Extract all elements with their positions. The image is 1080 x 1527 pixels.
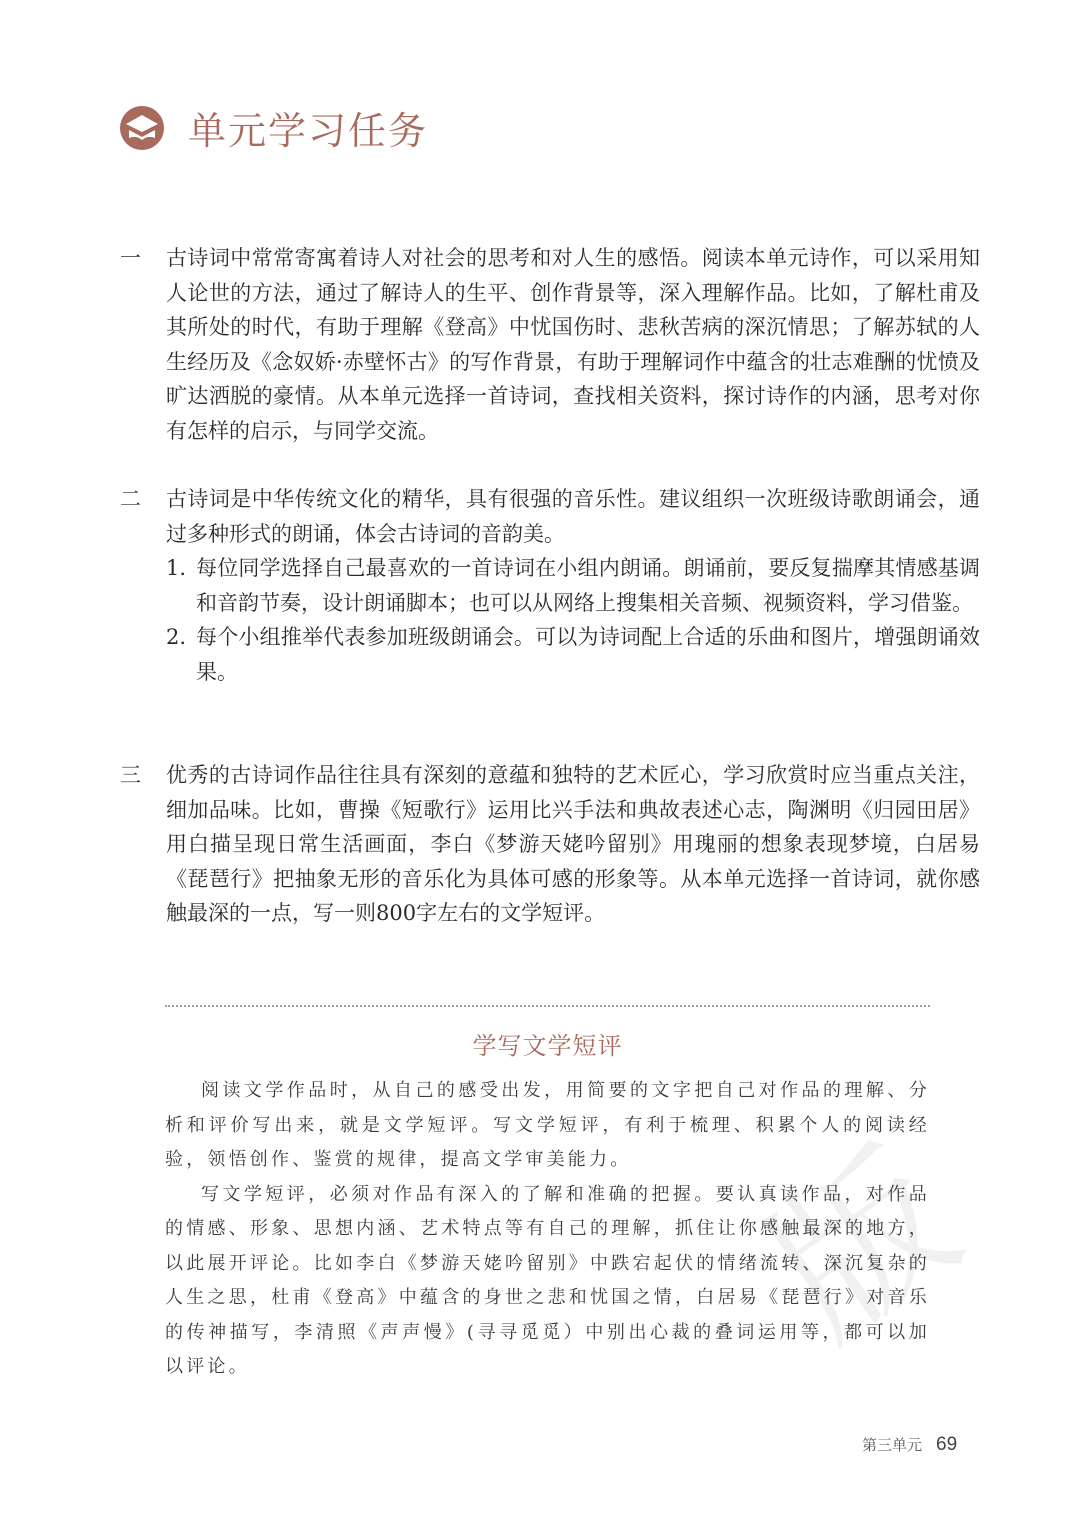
graduation-cap-book-icon: [118, 104, 166, 152]
page-footer: 第三单元 69: [862, 1434, 957, 1456]
task-number: 三: [120, 758, 160, 793]
subtask-number: 2.: [166, 620, 186, 655]
dotted-divider: [165, 1005, 930, 1007]
task-number: 二: [120, 482, 160, 517]
page-title: 单元学习任务: [188, 100, 428, 155]
section-body: 阅读文学作品时，从自己的感受出发，用简要的文字把自己对作品的理解、分析和评价写出…: [165, 1074, 930, 1385]
subtask-item-1: 1. 每位同学选择自己最喜欢的一首诗词在小组内朗诵。朗诵前，要反复揣摩其情感基调…: [166, 551, 980, 620]
subtask-item-2: 2. 每个小组推举代表参加班级朗诵会。可以为诗词配上合适的乐曲和图片，增强朗诵效…: [166, 620, 980, 689]
page-header: 单元学习任务: [118, 100, 428, 155]
section-title: 学写文学短评: [165, 1026, 930, 1061]
task-item-1: 一 古诗词中常常寄寓着诗人对社会的思考和对人生的感悟。阅读本单元诗作，可以采用知…: [120, 241, 980, 448]
task-number: 一: [120, 241, 160, 276]
paragraph: 写文学短评，必须对作品有深入的了解和准确的把握。要认真读作品，对作品的情感、形象…: [165, 1178, 930, 1385]
task-item-3: 三 优秀的古诗词作品往往具有深刻的意蕴和独特的艺术匠心，学习欣赏时应当重点关注，…: [120, 758, 980, 931]
task-text: 优秀的古诗词作品往往具有深刻的意蕴和独特的艺术匠心，学习欣赏时应当重点关注，细加…: [166, 758, 980, 931]
task-item-2: 二 古诗词是中华传统文化的精华，具有很强的音乐性。建议组织一次班级诗歌朗诵会，通…: [120, 482, 980, 689]
unit-label: 第三单元: [862, 1434, 922, 1455]
subtask-text: 每位同学选择自己最喜欢的一首诗词在小组内朗诵。朗诵前，要反复揣摩其情感基调和音韵…: [196, 551, 980, 620]
subtask-text: 每个小组推举代表参加班级朗诵会。可以为诗词配上合适的乐曲和图片，增强朗诵效果。: [196, 620, 980, 689]
page-number: 69: [936, 1434, 957, 1456]
task-text: 古诗词中常常寄寓着诗人对社会的思考和对人生的感悟。阅读本单元诗作，可以采用知人论…: [166, 241, 980, 448]
paragraph: 阅读文学作品时，从自己的感受出发，用简要的文字把自己对作品的理解、分析和评价写出…: [165, 1074, 930, 1178]
subtask-number: 1.: [166, 551, 186, 586]
task-text: 古诗词是中华传统文化的精华，具有很强的音乐性。建议组织一次班级诗歌朗诵会，通过多…: [166, 482, 980, 551]
